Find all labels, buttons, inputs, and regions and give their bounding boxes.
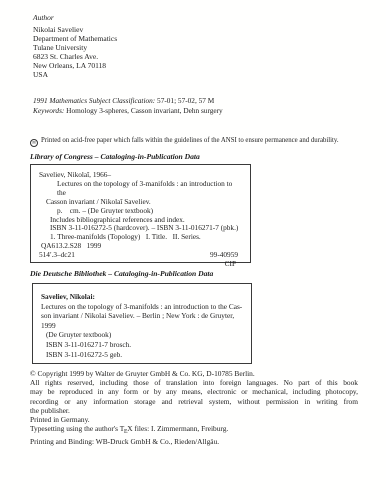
- keywords-label: Keywords:: [33, 106, 64, 115]
- ddb-line: ISBN 3-11-016271-7 brosch.: [41, 340, 243, 350]
- author-department: Department of Mathematics: [33, 34, 117, 43]
- rights-line: may be reproduced in any form or by any …: [30, 387, 358, 396]
- msc-line: 1991 Mathematics Subject Classification:…: [33, 96, 223, 106]
- author-country: USA: [33, 70, 117, 79]
- rights-line: the publisher.: [30, 406, 358, 415]
- loc-line: Lectures on the topology of 3-manifolds …: [39, 180, 242, 198]
- ddb-section-heading: Die Deutsche Bibliothek – Cataloging-in-…: [30, 269, 213, 278]
- ddb-line: son invariant / Nikolai Saveliev. – Berl…: [41, 311, 243, 321]
- rights-line: All rights reserved, including those of …: [30, 378, 358, 387]
- copyright-line: © Copyright 1999 by Walter de Gruyter Gm…: [30, 369, 358, 378]
- acid-free-paper-notice: ∞Printed on acid-free paper which falls …: [30, 137, 360, 147]
- rights-line: recording or any information storage and…: [30, 397, 358, 406]
- loc-section-heading: Library of Congress – Cataloging-in-Publ…: [30, 152, 200, 161]
- ddb-line: Saveliev, Nikolai:: [41, 292, 243, 302]
- imprint-block: © Copyright 1999 by Walter de Gruyter Gm…: [30, 369, 358, 446]
- ddb-line: 1999: [41, 321, 243, 331]
- author-name: Nikolai Saveliev: [33, 25, 117, 34]
- printed-in-line: Printed in Germany.: [30, 415, 358, 424]
- acid-free-paper-text: Printed on acid-free paper which falls w…: [41, 137, 339, 144]
- book-copyright-page: Author Nikolai Saveliev Department of Ma…: [0, 0, 386, 500]
- author-university: Tulane University: [33, 43, 117, 52]
- keywords-value: Homology 3-spheres, Casson invariant, De…: [64, 106, 222, 115]
- ddb-line: Lectures on the topology of 3-manifolds …: [41, 302, 243, 312]
- ddb-line: ISBN 3-11-016272-5 geb.: [41, 350, 243, 360]
- loc-cataloging-box: Saveliev, Nikolaĭ, 1966– Lectures on the…: [30, 164, 251, 263]
- acid-free-paper-icon: ∞: [30, 139, 38, 147]
- loc-dewey-number: 514′.3–dc21: [39, 251, 75, 260]
- classification-block: 1991 Mathematics Subject Classification:…: [33, 96, 223, 115]
- printing-binding-line: Printing and Binding: WB-Druck GmbH & Co…: [30, 437, 358, 446]
- loc-line-dewey: 514′.3–dc21 99-40959: [39, 251, 242, 260]
- loc-cip-label: CIP: [39, 260, 242, 269]
- author-street: 6823 St. Charles Ave.: [33, 52, 117, 61]
- msc-value: 57-01; 57-02, 57 M: [155, 96, 214, 105]
- author-heading: Author: [33, 13, 117, 22]
- msc-label: 1991 Mathematics Subject Classification:: [33, 96, 155, 105]
- keywords-line: Keywords: Homology 3-spheres, Casson inv…: [33, 106, 223, 116]
- author-block: Author Nikolai Saveliev Department of Ma…: [33, 13, 117, 79]
- author-city: New Orleans, LA 70118: [33, 61, 117, 70]
- typesetting-line: Typesetting using the author's TEX files…: [30, 424, 358, 437]
- ddb-line: (De Gruyter textbook): [41, 330, 243, 340]
- ddb-cataloging-box: Saveliev, Nikolai: Lectures on the topol…: [32, 283, 252, 364]
